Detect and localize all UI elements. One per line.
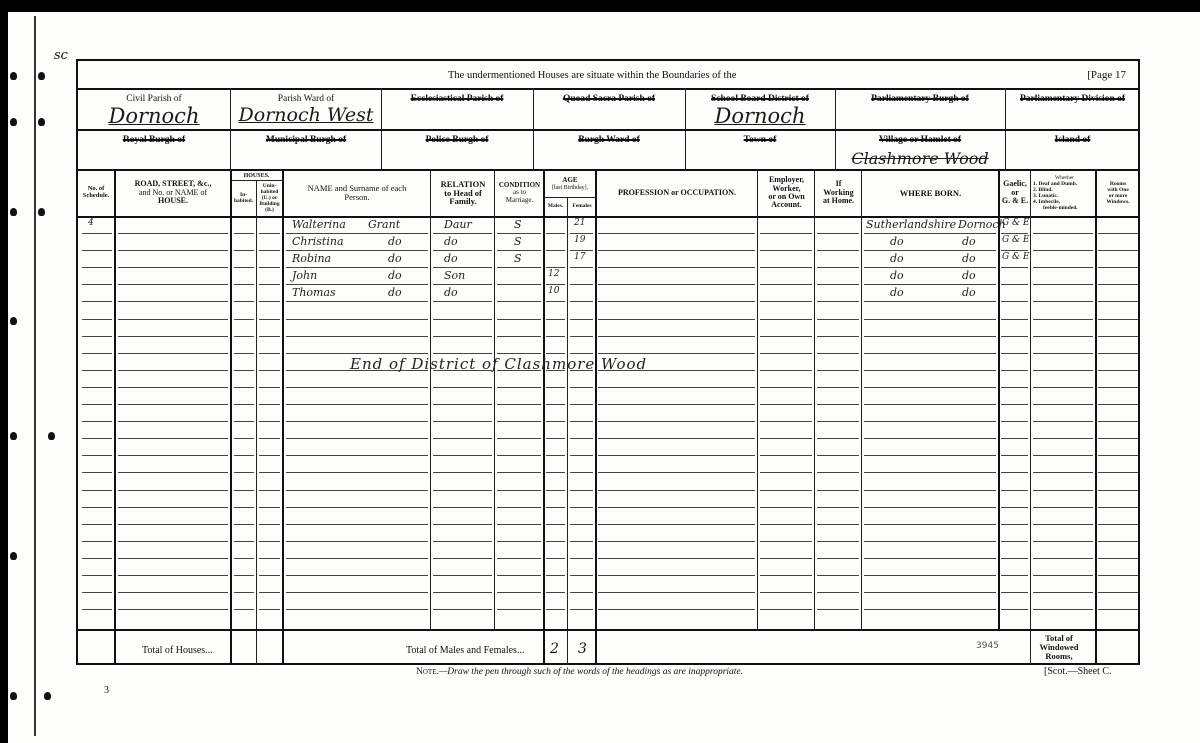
sheet-title: The undermentioned Houses are situate wi… (448, 70, 736, 81)
row-rule (259, 421, 280, 422)
row-rule (817, 592, 859, 593)
row-rule (1033, 575, 1093, 576)
row-rule (1098, 250, 1138, 251)
row-rule (760, 592, 812, 593)
row-rule (570, 490, 593, 491)
row-rule (497, 233, 541, 234)
row-rule (760, 370, 812, 371)
row-rule (760, 438, 812, 439)
row-rule (546, 575, 565, 576)
row-rule (760, 353, 812, 354)
boundary-municipal-burgh: Municipal Burgh of (231, 135, 381, 145)
row-rule (570, 524, 593, 525)
row-rule (1001, 541, 1028, 542)
row-rule (1098, 353, 1138, 354)
row-rule (864, 575, 996, 576)
row-rule (1033, 592, 1093, 593)
row-rule (234, 472, 254, 473)
row-rule (286, 284, 428, 285)
row-rule (760, 233, 812, 234)
schedule-number: 4 (88, 218, 94, 228)
row-rule (1001, 455, 1028, 456)
row-rule (1098, 319, 1138, 320)
entry-age-male: 12 (548, 269, 559, 279)
row-rule (1001, 301, 1028, 302)
entry-condition: S (514, 235, 522, 248)
row-rule (864, 507, 996, 508)
row-rule (598, 592, 755, 593)
entry-relation: do (444, 252, 458, 265)
row-rule (118, 387, 228, 388)
entry-born-county: do (890, 235, 904, 248)
sheet-identifier: [Scot.—Sheet C. (1044, 666, 1112, 677)
row-rule (82, 575, 112, 576)
row-rule (1001, 438, 1028, 439)
row-rule (760, 575, 812, 576)
row-rule (118, 438, 228, 439)
row-rule (286, 558, 428, 559)
row-rule (864, 370, 996, 371)
row-rule (259, 250, 280, 251)
row-rule (234, 336, 254, 337)
row-rule (570, 421, 593, 422)
row-rule (259, 575, 280, 576)
punch-hole-mark (38, 118, 45, 126)
row-rule (82, 558, 112, 559)
row-rule (817, 455, 859, 456)
row-rule (817, 507, 859, 508)
row-rule (598, 233, 755, 234)
row-rule (118, 353, 228, 354)
row-rule (598, 421, 755, 422)
header-schedule-number: No. of Schedule. (78, 171, 114, 215)
row-rule (1033, 387, 1093, 388)
entry-surname: do (388, 286, 402, 299)
row-rule (433, 472, 492, 473)
row-rule (570, 353, 593, 354)
row-rule (259, 267, 280, 268)
row-rule (497, 250, 541, 251)
entry-age-female: 19 (574, 235, 585, 245)
row-rule (234, 301, 254, 302)
header-inhabited: In-habited. (231, 181, 256, 215)
row-rule (497, 558, 541, 559)
row-rule (817, 404, 859, 405)
row-rule (598, 524, 755, 525)
row-rule (817, 558, 859, 559)
row-rule (760, 609, 812, 610)
header-rooms: Roomswith Oneor moreWindows. (1096, 171, 1140, 215)
row-rule (1033, 609, 1093, 610)
row-rule (1098, 490, 1138, 491)
header-road-street: ROAD, STREET, &c.,and No. or NAME ofHOUS… (115, 171, 231, 215)
row-rule (864, 438, 996, 439)
row-rule (817, 336, 859, 337)
row-rule (864, 233, 996, 234)
row-rule (546, 404, 565, 405)
row-rule (497, 353, 541, 354)
row-rule (598, 575, 755, 576)
row-rule (433, 524, 492, 525)
row-rule (760, 301, 812, 302)
row-rule (82, 438, 112, 439)
entry-born-parish: Dornoch (958, 218, 1006, 231)
row-rule (1098, 472, 1138, 473)
row-rule (1098, 284, 1138, 285)
row-rule (82, 524, 112, 525)
row-rule (433, 421, 492, 422)
row-rule (433, 233, 492, 234)
row-rule (118, 609, 228, 610)
row-rule (1098, 455, 1138, 456)
row-rule (546, 472, 565, 473)
entry-born-parish: do (962, 252, 976, 265)
row-rule (118, 524, 228, 525)
header-gaelic: Gaelic,orG. & E. (999, 171, 1031, 215)
row-rule (118, 490, 228, 491)
row-rule (598, 353, 755, 354)
row-rule (1098, 421, 1138, 422)
row-rule (82, 336, 112, 337)
row-rule (598, 490, 755, 491)
row-rule (286, 524, 428, 525)
row-rule (1098, 404, 1138, 405)
punch-hole-mark (10, 317, 17, 325)
row-rule (497, 592, 541, 593)
row-rule (864, 319, 996, 320)
row-rule (760, 524, 812, 525)
row-rule (433, 575, 492, 576)
row-rule (497, 472, 541, 473)
row-rule (433, 284, 492, 285)
row-rule (118, 250, 228, 251)
row-rule (864, 301, 996, 302)
row-rule (546, 541, 565, 542)
row-rule (497, 524, 541, 525)
total-females: 3 (578, 641, 587, 657)
header-condition: CONDITIONas toMarriage. (495, 171, 544, 215)
row-rule (864, 421, 996, 422)
row-rule (864, 455, 996, 456)
row-rule (1098, 575, 1138, 576)
row-rule (1001, 490, 1028, 491)
row-rule (1001, 472, 1028, 473)
row-rule (1098, 370, 1138, 371)
row-rule (760, 404, 812, 405)
row-rule (1033, 284, 1093, 285)
row-rule (286, 541, 428, 542)
row-rule (1098, 438, 1138, 439)
row-rule (1001, 421, 1028, 422)
row-rule (82, 404, 112, 405)
row-rule (286, 336, 428, 337)
row-rule (1098, 507, 1138, 508)
row-rule (570, 575, 593, 576)
row-rule (864, 524, 996, 525)
row-rule (1001, 575, 1028, 576)
row-rule (1098, 336, 1138, 337)
row-rule (433, 301, 492, 302)
row-rule (118, 541, 228, 542)
row-rule (259, 301, 280, 302)
row-rule (598, 319, 755, 320)
row-rule (817, 301, 859, 302)
row-rule (1098, 387, 1138, 388)
row-rule (546, 284, 565, 285)
row-rule (286, 387, 428, 388)
row-rule (286, 592, 428, 593)
row-rule (1001, 284, 1028, 285)
row-rule (433, 592, 492, 593)
row-rule (570, 233, 593, 234)
row-rule (82, 490, 112, 491)
boundary-quoad-sacra-parish: Quoad Sacra Parish of (533, 94, 685, 104)
row-rule (82, 353, 112, 354)
row-rule (598, 558, 755, 559)
row-rule (433, 455, 492, 456)
row-rule (82, 284, 112, 285)
row-rule (497, 421, 541, 422)
row-rule (433, 336, 492, 337)
row-rule (570, 404, 593, 405)
header-uninhabited: Unin-habited (U.) or Building (B.) (257, 181, 282, 215)
row-rule (118, 592, 228, 593)
row-rule (1033, 541, 1093, 542)
row-rule (570, 336, 593, 337)
row-rule (286, 575, 428, 576)
boundary-parliamentary-division: Parliamentary Division of (1005, 94, 1140, 104)
row-rule (570, 592, 593, 593)
pencil-reference-number: 3945 (976, 641, 999, 651)
row-rule (234, 404, 254, 405)
row-rule (234, 490, 254, 491)
row-rule (259, 507, 280, 508)
row-rule (598, 438, 755, 439)
row-rule (546, 438, 565, 439)
row-rule (570, 472, 593, 473)
row-rule (259, 472, 280, 473)
row-rule (497, 404, 541, 405)
row-rule (497, 455, 541, 456)
row-rule (864, 353, 996, 354)
row-rule (259, 233, 280, 234)
row-rule (234, 438, 254, 439)
entry-relation: do (444, 235, 458, 248)
row-rule (1033, 404, 1093, 405)
row-rule (118, 455, 228, 456)
row-rule (118, 284, 228, 285)
row-rule (234, 558, 254, 559)
entry-age-female: 21 (574, 218, 585, 228)
header-relation: RELATIONto Head ofFamily. (431, 171, 495, 215)
row-rule (546, 301, 565, 302)
boundary-burgh-ward: Burgh Ward of (533, 135, 685, 145)
row-rule (1098, 233, 1138, 234)
row-rule (286, 507, 428, 508)
row-rule (598, 507, 755, 508)
entry-first-name: Christina (292, 235, 344, 248)
row-rule (570, 507, 593, 508)
entry-condition: S (514, 218, 522, 231)
row-rule (1033, 490, 1093, 491)
row-rule (497, 438, 541, 439)
row-rule (864, 404, 996, 405)
entry-relation: do (444, 286, 458, 299)
header-age-females: Females (568, 198, 596, 215)
row-rule (286, 472, 428, 473)
row-rule (546, 507, 565, 508)
entry-born-parish: do (962, 269, 976, 282)
row-rule (1001, 592, 1028, 593)
total-houses-label: Total of Houses... (142, 645, 213, 656)
punch-hole-mark (10, 72, 17, 80)
header-age: AGE[last Birthday]. (544, 171, 596, 197)
row-rule (286, 250, 428, 251)
entry-born-parish: do (962, 286, 976, 299)
row-rule (864, 284, 996, 285)
row-rule (82, 233, 112, 234)
entry-gaelic: G & E (1002, 252, 1030, 262)
row-rule (546, 455, 565, 456)
row-rule (234, 421, 254, 422)
row-rule (82, 267, 112, 268)
row-rule (1098, 524, 1138, 525)
row-rule (864, 490, 996, 491)
entry-gaelic: G & E (1002, 235, 1030, 245)
row-rule (118, 301, 228, 302)
row-rule (817, 438, 859, 439)
row-rule (760, 267, 812, 268)
row-rule (598, 609, 755, 610)
entry-born-county: do (890, 286, 904, 299)
row-rule (259, 592, 280, 593)
row-rule (570, 558, 593, 559)
entry-condition: S (514, 252, 522, 265)
school-board-value: Dornoch (715, 104, 806, 128)
punch-hole-mark (10, 692, 17, 700)
row-rule (259, 524, 280, 525)
row-rule (760, 558, 812, 559)
row-rule (1001, 524, 1028, 525)
row-rule (570, 267, 593, 268)
row-rule (286, 404, 428, 405)
row-rule (259, 284, 280, 285)
boundary-school-board-district: School Board District of Dornoch (685, 94, 835, 128)
header-age-males: Males. (544, 198, 567, 215)
header-working-home: IfWorkingat Home. (815, 171, 862, 215)
row-rule (497, 490, 541, 491)
punch-hole-mark (38, 208, 45, 216)
total-windowed-rooms-label: Total ofWindowedRooms, (1031, 630, 1087, 665)
row-rule (259, 370, 280, 371)
entry-first-name: Walterina (292, 218, 346, 231)
row-rule (760, 472, 812, 473)
row-rule (817, 387, 859, 388)
row-rule (234, 524, 254, 525)
row-rule (817, 421, 859, 422)
civil-parish-value: Dornoch (109, 104, 200, 128)
row-rule (497, 575, 541, 576)
row-rule (234, 575, 254, 576)
row-rule (1033, 507, 1093, 508)
row-rule (864, 387, 996, 388)
row-rule (259, 609, 280, 610)
row-rule (118, 404, 228, 405)
row-rule (234, 284, 254, 285)
row-rule (570, 319, 593, 320)
row-rule (497, 284, 541, 285)
entry-gaelic: G & E (1002, 218, 1030, 228)
page-label: [Page 17 (1087, 69, 1126, 81)
row-rule (82, 609, 112, 610)
entry-age-female: 17 (574, 252, 585, 262)
row-rule (286, 353, 428, 354)
row-rule (234, 609, 254, 610)
row-rule (234, 353, 254, 354)
row-rule (598, 404, 755, 405)
row-rule (286, 455, 428, 456)
row-rule (286, 421, 428, 422)
row-rule (82, 319, 112, 320)
row-rule (864, 609, 996, 610)
row-rule (1098, 301, 1138, 302)
footer-note: Note.—Draw the pen through such of the w… (416, 667, 743, 677)
row-rule (864, 250, 996, 251)
row-rule (234, 233, 254, 234)
row-rule (817, 541, 859, 542)
title-row: The undermentioned Houses are situate wi… (78, 61, 1138, 89)
row-rule (1098, 609, 1138, 610)
row-rule (1033, 455, 1093, 456)
entry-age-male: 10 (548, 286, 559, 296)
row-rule (286, 490, 428, 491)
row-rule (433, 353, 492, 354)
row-rule (864, 267, 996, 268)
header-where-born: WHERE BORN. (862, 171, 999, 215)
row-rule (598, 284, 755, 285)
row-rule (259, 353, 280, 354)
row-rule (259, 336, 280, 337)
total-males: 2 (550, 641, 559, 657)
punch-hole-mark (10, 432, 17, 440)
entry-relation: Son (444, 269, 465, 282)
row-rule (570, 438, 593, 439)
row-rule (234, 319, 254, 320)
boundary-town: Town of (685, 135, 835, 145)
row-rule (82, 370, 112, 371)
row-rule (433, 404, 492, 405)
row-rule (82, 541, 112, 542)
row-rule (546, 524, 565, 525)
row-rule (1033, 472, 1093, 473)
row-rule (598, 472, 755, 473)
row-rule (118, 575, 228, 576)
row-rule (1001, 353, 1028, 354)
row-rule (1001, 233, 1028, 234)
punch-hole-mark (48, 432, 55, 440)
row-rule (817, 250, 859, 251)
row-rule (118, 267, 228, 268)
row-rule (546, 490, 565, 491)
row-rule (433, 319, 492, 320)
entry-surname: do (388, 252, 402, 265)
row-rule (1033, 353, 1093, 354)
footer-page-number: 3 (104, 685, 109, 696)
row-rule (234, 267, 254, 268)
row-rule (433, 250, 492, 251)
row-rule (760, 507, 812, 508)
entry-surname: do (388, 235, 402, 248)
